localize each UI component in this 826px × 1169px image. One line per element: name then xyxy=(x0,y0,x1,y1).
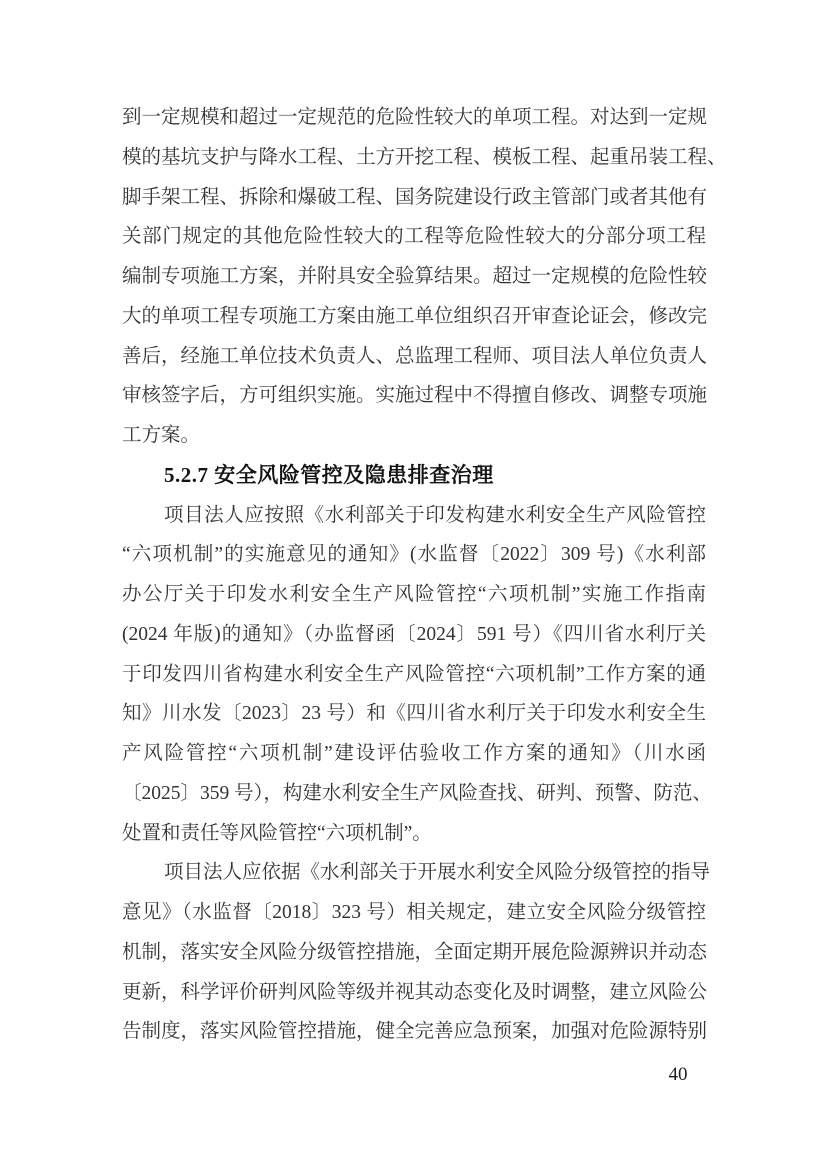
text-line: “六项机制”的实施意见的通知》(水监督〔2022〕309 号)《水利部 xyxy=(122,535,706,575)
text-line: 办公厅关于印发水利安全生产风险管控“六项机制”实施工作指南 xyxy=(122,575,706,615)
text-line: 更新，科学评价研判风险等级并视其动态变化及时调整，建立风险公 xyxy=(122,973,706,1013)
text-line: 机制，落实安全风险分级管控措施，全面定期开展危险源辨识并动态 xyxy=(122,933,706,973)
text-line: 工方案。 xyxy=(122,416,706,456)
page-number: 40 xyxy=(656,1064,700,1086)
text-line: 知》川水发〔2023〕23 号）和《四川省水利厅关于印发水利安全生 xyxy=(122,694,706,734)
text-line: 项目法人应按照《水利部关于印发构建水利安全生产风险管控 xyxy=(122,496,706,536)
text-line: (2024 年版)的通知》（办监督函〔2024〕591 号）《四川省水利厅关 xyxy=(122,615,706,655)
text-line: 意见》（水监督〔2018〕323 号）相关规定，建立安全风险分级管控 xyxy=(122,893,706,933)
text-line: 模的基坑支护与降水工程、土方开挖工程、模板工程、起重吊装工程、 xyxy=(122,138,706,178)
paragraph-special-construction-plan: 到一定规模和超过一定规范的危险性较大的单项工程。对达到一定规模的基坑支护与降水工… xyxy=(122,98,706,456)
text-line: 于印发四川省构建水利安全生产风险管控“六项机制”工作方案的通 xyxy=(122,655,706,695)
text-line: 告制度，落实风险管控措施，健全完善应急预案，加强对危险源特别 xyxy=(122,1012,706,1052)
text-line: 大的单项工程专项施工方案由施工单位组织召开审查论证会，修改完 xyxy=(122,297,706,337)
section-heading-5-2-7: 5.2.7 安全风险管控及隐患排查治理 xyxy=(122,456,706,496)
text-line: 产风险管控“六项机制”建设评估验收工作方案的通知》（川水函 xyxy=(122,734,706,774)
text-line: 善后，经施工单位技术负责人、总监理工程师、项目法人单位负责人 xyxy=(122,337,706,377)
text-line: 项目法人应依据《水利部关于开展水利安全风险分级管控的指导 xyxy=(122,853,706,893)
text-line: 处置和责任等风险管控“六项机制”。 xyxy=(122,814,706,854)
text-line: 〔2025〕359 号），构建水利安全生产风险查找、研判、预警、防范、 xyxy=(122,774,706,814)
text-line: 到一定规模和超过一定规范的危险性较大的单项工程。对达到一定规 xyxy=(122,98,706,138)
text-line: 关部门规定的其他危险性较大的工程等危险性较大的分部分项工程 xyxy=(122,217,706,257)
paragraph-six-mechanisms-documents: 项目法人应按照《水利部关于印发构建水利安全生产风险管控“六项机制”的实施意见的通… xyxy=(122,496,706,854)
text-line: 编制专项施工方案，并附具安全验算结果。超过一定规模的危险性较 xyxy=(122,257,706,297)
document-page: 到一定规模和超过一定规范的危险性较大的单项工程。对达到一定规模的基坑支护与降水工… xyxy=(0,0,826,1169)
paragraph-risk-grading-control: 项目法人应依据《水利部关于开展水利安全风险分级管控的指导意见》（水监督〔2018… xyxy=(122,853,706,1052)
document-body: 到一定规模和超过一定规范的危险性较大的单项工程。对达到一定规模的基坑支护与降水工… xyxy=(122,98,706,1052)
text-line: 脚手架工程、拆除和爆破工程、国务院建设行政主管部门或者其他有 xyxy=(122,178,706,218)
text-line: 审核签字后，方可组织实施。实施过程中不得擅自修改、调整专项施 xyxy=(122,376,706,416)
